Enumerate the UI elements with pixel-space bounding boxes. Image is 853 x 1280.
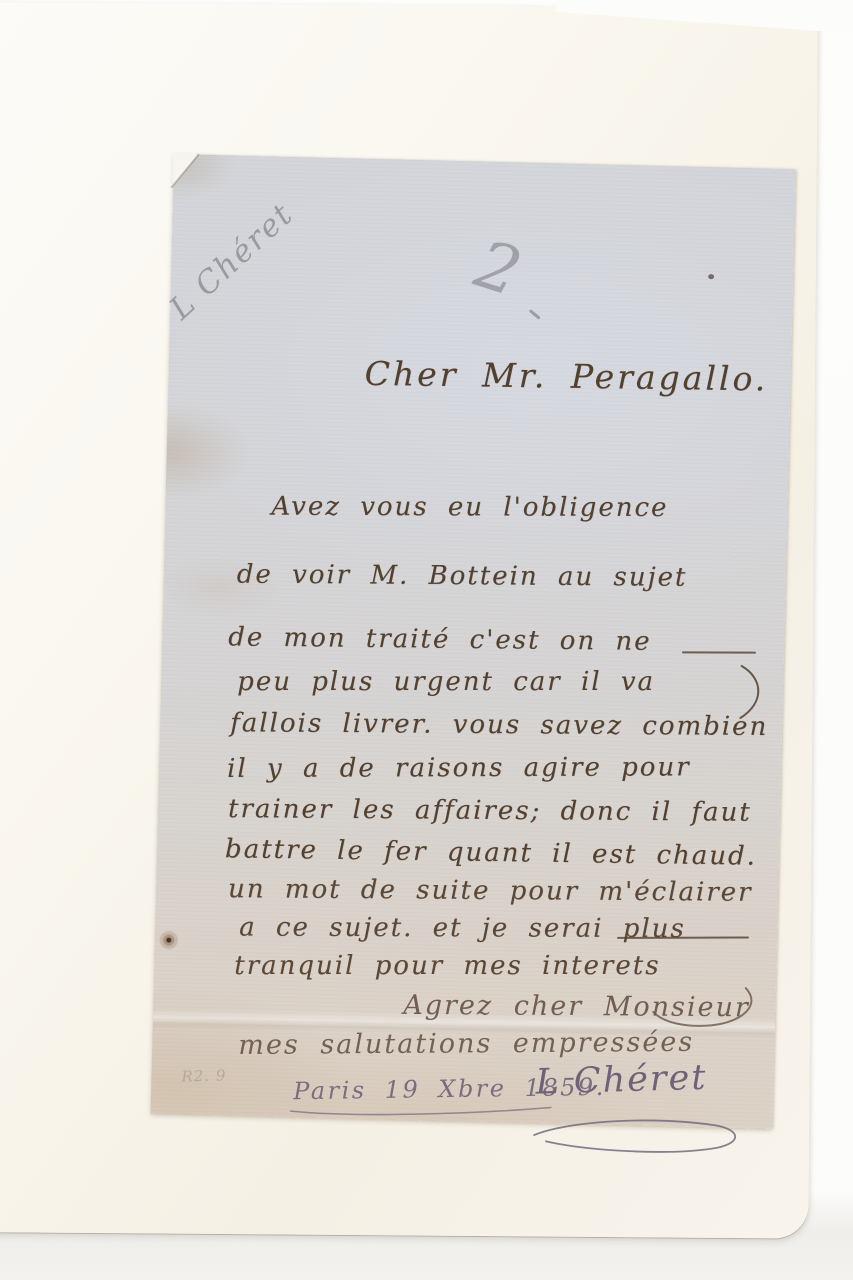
pencil-squiggle-mark: 2: [468, 231, 528, 307]
body-line: un mot de suite pour m'éclairer: [228, 876, 753, 906]
salutation-line: Cher Mr. Peragallo.: [364, 357, 768, 396]
closing-line: Agrez cher Monsieur: [403, 992, 750, 1021]
letter-page: L Chéret 2 R2. 9 Cher Mr. Peragallo. Ave…: [151, 154, 796, 1129]
pen-paren-flourish: [736, 662, 765, 723]
paper-hole: [159, 930, 179, 950]
signature-flourish: [528, 1111, 754, 1160]
body-line: de mon traité c'est on ne: [228, 624, 652, 654]
body-line: peu plus urgent car il va: [237, 669, 655, 695]
body-line: il y a de raisons agire pour: [227, 754, 691, 782]
body-line: tranquil pour mes interets: [234, 953, 660, 979]
body-line: battre le fer quant il est chaud.: [225, 836, 757, 869]
body-line: trainer les affaires; donc il faut: [228, 796, 752, 826]
pen-dash-flourish: [617, 936, 749, 938]
catalog-number-annotation: R2. 9: [181, 1068, 226, 1084]
letter-photograph: L Chéret 2 R2. 9 Cher Mr. Peragallo. Ave…: [0, 0, 853, 1280]
signature: L Chéret: [535, 1061, 708, 1101]
pen-dash-flourish: [682, 651, 756, 653]
closing-line: mes salutations empressées: [238, 1029, 694, 1059]
body-line: Avez vous eu l'obligence: [271, 494, 668, 521]
body-line: fallois livrer. vous savez combien: [230, 710, 768, 740]
pencil-accent-mark: [529, 309, 541, 320]
pencil-owner-annotation: L Chéret: [165, 198, 299, 325]
ink-blot: [708, 274, 714, 279]
body-line: de voir M. Bottein au sujet: [237, 562, 688, 591]
